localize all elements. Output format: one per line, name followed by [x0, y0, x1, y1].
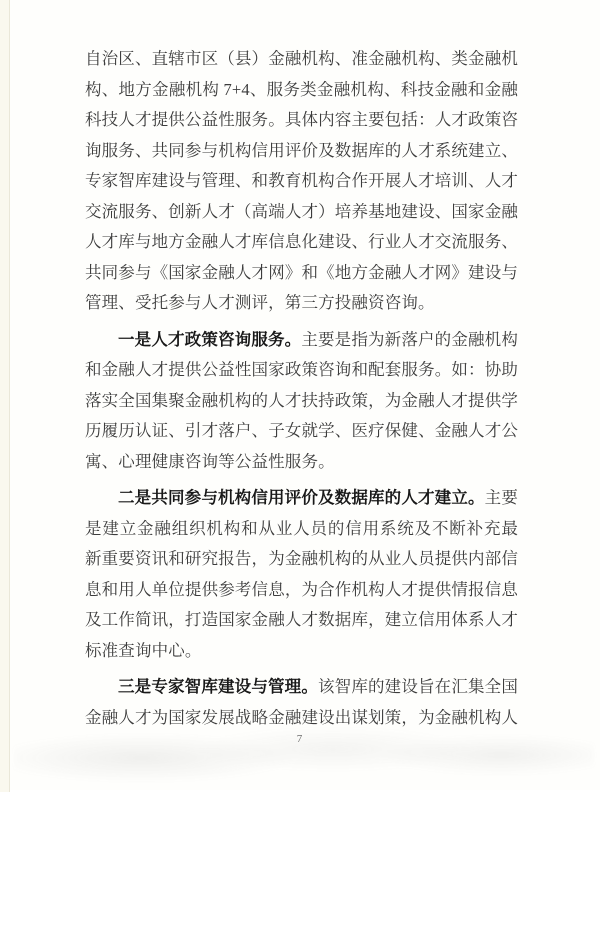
paragraph: 二是共同参与机构信用评价及数据库的人才建立。主要是建立金融组织机构和从业人员的信…: [85, 483, 518, 666]
text-line: 是建立金融组织机构和从业人员的信用系统及不断补充最: [85, 514, 518, 545]
paragraph-first-line-text: 该智库的建设旨在汇集全国: [318, 677, 518, 696]
text-line: 新重要资讯和研究报告，为金融机构的从业人员提供内部信: [85, 544, 518, 575]
text-line: 金融人才为国家发展战略金融建设出谋划策，为金融机构人: [85, 703, 518, 734]
text-line: 一是人才政策咨询服务。主要是指为新落户的金融机构: [85, 325, 518, 356]
text-line: 标准查询中心。: [85, 636, 518, 667]
page-content: 自治区、直辖市区（县）金融机构、准金融机构、类金融机构、地方金融机构 7+4、服…: [85, 44, 518, 733]
text-line: 和金融人才提供公益性国家政策咨询和配套服务。如：协助: [85, 355, 518, 386]
paragraph-first-line-text: 主要是指为新落户的金融机构: [301, 330, 518, 349]
text-line: 人才库与地方金融人才库信息化建设、行业人才交流服务、: [85, 227, 518, 258]
text-line: 交流服务、创新人才（高端人才）培养基地建设、国家金融: [85, 197, 518, 228]
text-line: 寓、心理健康咨询等公益性服务。: [85, 447, 518, 478]
page-number: 7: [0, 733, 600, 745]
text-line: 管理、受托参与人才测评，第三方投融资咨询。: [85, 288, 518, 319]
text-line: 落实全国集聚金融机构的人才扶持政策，为金融人才提供学: [85, 386, 518, 417]
paragraph: 三是专家智库建设与管理。该智库的建设旨在汇集全国金融人才为国家发展战略金融建设出…: [85, 672, 518, 733]
paragraph-lead-bold: 一是人才政策咨询服务。: [118, 330, 301, 349]
text-line: 三是专家智库建设与管理。该智库的建设旨在汇集全国: [85, 672, 518, 703]
text-line: 询服务、共同参与机构信用评价及数据库的人才系统建立、: [85, 136, 518, 167]
paragraph: 自治区、直辖市区（县）金融机构、准金融机构、类金融机构、地方金融机构 7+4、服…: [85, 44, 518, 319]
text-line: 科技人才提供公益性服务。具体内容主要包括：人才政策咨: [85, 105, 518, 136]
document-page: 自治区、直辖市区（县）金融机构、准金融机构、类金融机构、地方金融机构 7+4、服…: [0, 0, 600, 928]
paragraph-first-line-text: 主要: [485, 488, 518, 507]
text-line: 共同参与《国家金融人才网》和《地方金融人才网》建设与: [85, 258, 518, 289]
text-line: 二是共同参与机构信用评价及数据库的人才建立。主要: [85, 483, 518, 514]
text-line: 构、地方金融机构 7+4、服务类金融机构、科技金融和金融: [85, 75, 518, 106]
text-line: 自治区、直辖市区（县）金融机构、准金融机构、类金融机: [85, 44, 518, 75]
text-line: 专家智库建设与管理、和教育机构合作开展人才培训、人才: [85, 166, 518, 197]
scan-edge-left-artifact: [0, 0, 10, 792]
text-line: 及工作简讯，打造国家金融人才数据库，建立信用体系人才: [85, 605, 518, 636]
text-line: 历履历认证、引才落户、子女就学、医疗保健、金融人才公: [85, 416, 518, 447]
paragraph: 一是人才政策咨询服务。主要是指为新落户的金融机构和金融人才提供公益性国家政策咨询…: [85, 325, 518, 478]
paragraph-lead-bold: 三是专家智库建设与管理。: [118, 677, 318, 696]
paragraph-lead-bold: 二是共同参与机构信用评价及数据库的人才建立。: [118, 488, 485, 507]
text-line: 息和用人单位提供参考信息，为合作机构人才提供情报信息: [85, 575, 518, 606]
